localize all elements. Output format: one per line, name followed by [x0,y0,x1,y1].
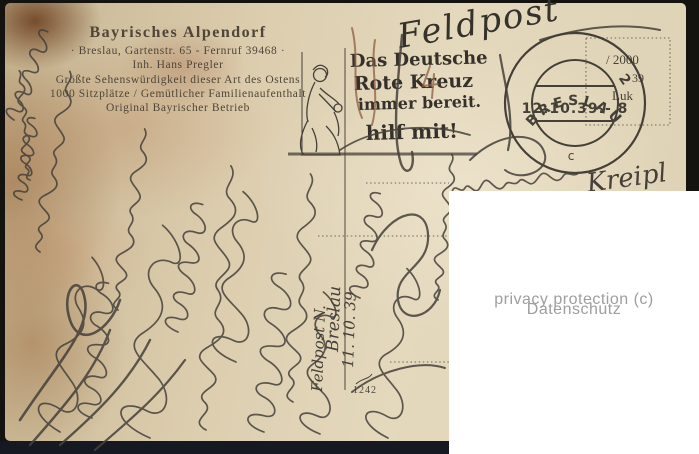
red-cross-slogan: Das Deutsche Rote Kreuz immer bereit. hi… [350,47,488,145]
privacy-line-2: Datenschutz [449,301,699,319]
slogan-line-2: Rote Kreuz [354,70,474,95]
postmark-district: 2 [615,71,634,88]
privacy-overlay: privacy protection (c) Datenschutz [449,191,699,454]
postmark-index-letter: c [568,149,575,163]
handwritten-message-line-3: 11. 10. 39 [339,291,360,368]
circular-postmark: BRESLAU 2 12.10.39.- 8 c [505,33,645,173]
scanned-postcard-back: Bayrisches Alpendorf · Breslau, Gartenst… [0,0,699,454]
red-cross-machine-cancel: Das Deutsche Rote Kreuz immer bereit. hi… [288,47,488,156]
postmark-date: 12.10.39.- 8 [522,101,629,117]
print-number-text: 1242 [353,385,377,396]
printer-number: 1242 [353,374,377,396]
red-cross-nurse-figure-illustration [301,65,342,155]
slogan-line-4: hilf mit! [366,119,459,145]
